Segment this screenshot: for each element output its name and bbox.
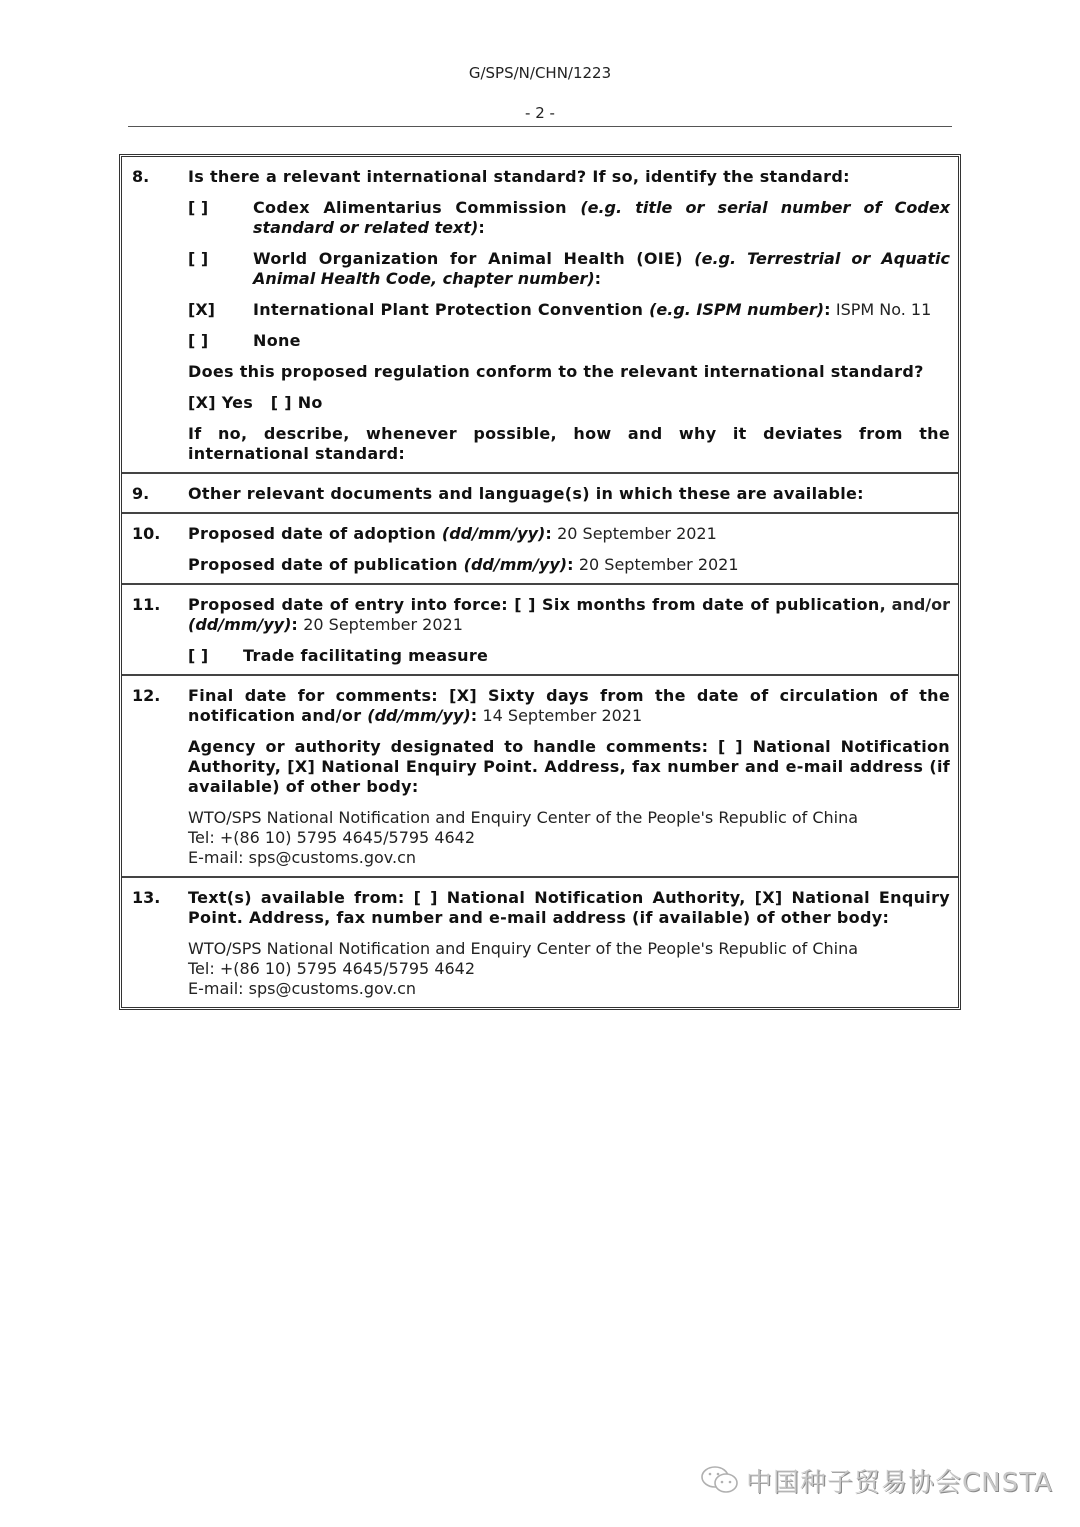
final-date-comments: Final date for comments: [X] Sixty days … bbox=[188, 686, 950, 726]
item-13-row: 13. Text(s) available from: [ ] National… bbox=[122, 876, 958, 1007]
deviation-question: If no, describe, whenever possible, how … bbox=[188, 424, 950, 464]
conform-question: Does this proposed regulation conform to… bbox=[188, 362, 950, 382]
contact-organization: WTO/SPS National Notification and Enquir… bbox=[188, 939, 950, 959]
publication-date-value: 20 September 2021 bbox=[574, 555, 739, 574]
page-number: - 2 - bbox=[0, 104, 1080, 122]
wechat-icon bbox=[700, 1464, 740, 1503]
contact-email: E-mail: sps@customs.gov.cn bbox=[188, 848, 950, 868]
item-10-row: 10. Proposed date of adoption (dd/mm/yy)… bbox=[122, 512, 958, 583]
contact-tel: Tel: +(86 10) 5795 4645/5795 4642 bbox=[188, 828, 950, 848]
checkbox-trade: [ ] bbox=[188, 646, 243, 666]
adoption-date: Proposed date of adoption (dd/mm/yy): 20… bbox=[188, 524, 950, 544]
item-number: 9. bbox=[122, 484, 188, 504]
checkbox-oie: [ ] bbox=[188, 249, 253, 289]
document-reference: G/SPS/N/CHN/1223 bbox=[0, 64, 1080, 82]
final-date-value: 14 September 2021 bbox=[477, 706, 642, 725]
notification-form-table: 8. Is there a relevant international sta… bbox=[119, 154, 961, 1010]
contact-email: E-mail: sps@customs.gov.cn bbox=[188, 979, 950, 999]
option-trade-facilitating: [ ] Trade facilitating measure bbox=[188, 646, 950, 666]
checkbox-ippc: [X] bbox=[188, 300, 253, 320]
contact-address: WTO/SPS National Notification and Enquir… bbox=[188, 808, 950, 868]
option-ippc: [X] International Plant Protection Conve… bbox=[188, 300, 950, 320]
option-oie: [ ] World Organization for Animal Health… bbox=[188, 249, 950, 289]
item-9-question: Other relevant documents and language(s)… bbox=[188, 484, 950, 504]
option-codex: [ ] Codex Alimentarius Commission (e.g. … bbox=[188, 198, 950, 238]
header-divider bbox=[128, 126, 952, 127]
checkbox-none: [ ] bbox=[188, 331, 253, 351]
conform-answer: [X] Yes [ ] No bbox=[188, 393, 950, 413]
item-number: 13. bbox=[122, 888, 188, 999]
item-8-row: 8. Is there a relevant international sta… bbox=[122, 157, 958, 472]
contact-address: WTO/SPS National Notification and Enquir… bbox=[188, 939, 950, 999]
item-number: 8. bbox=[122, 167, 188, 464]
entry-into-force: Proposed date of entry into force: [ ] S… bbox=[188, 595, 950, 635]
checkbox-codex: [ ] bbox=[188, 198, 253, 238]
item-11-row: 11. Proposed date of entry into force: [… bbox=[122, 583, 958, 674]
contact-tel: Tel: +(86 10) 5795 4645/5795 4642 bbox=[188, 959, 950, 979]
agency-designation: Agency or authority designated to handle… bbox=[188, 737, 950, 797]
item-number: 12. bbox=[122, 686, 188, 868]
contact-organization: WTO/SPS National Notification and Enquir… bbox=[188, 808, 950, 828]
ippc-value: ISPM No. 11 bbox=[831, 300, 932, 319]
entry-into-force-value: 20 September 2021 bbox=[298, 615, 463, 634]
watermark-text: 中国种子贸易协会CNSTA bbox=[746, 1468, 1053, 1498]
item-12-row: 12. Final date for comments: [X] Sixty d… bbox=[122, 674, 958, 876]
item-8-question: Is there a relevant international standa… bbox=[188, 167, 950, 187]
item-9-row: 9. Other relevant documents and language… bbox=[122, 472, 958, 512]
publication-date: Proposed date of publication (dd/mm/yy):… bbox=[188, 555, 950, 575]
item-number: 10. bbox=[122, 524, 188, 575]
watermark: 中国种子贸易协会CNSTA bbox=[700, 1462, 1053, 1503]
option-none: [ ] None bbox=[188, 331, 950, 351]
item-number: 11. bbox=[122, 595, 188, 666]
adoption-date-value: 20 September 2021 bbox=[552, 524, 717, 543]
texts-available-from: Text(s) available from: [ ] National Not… bbox=[188, 888, 950, 928]
